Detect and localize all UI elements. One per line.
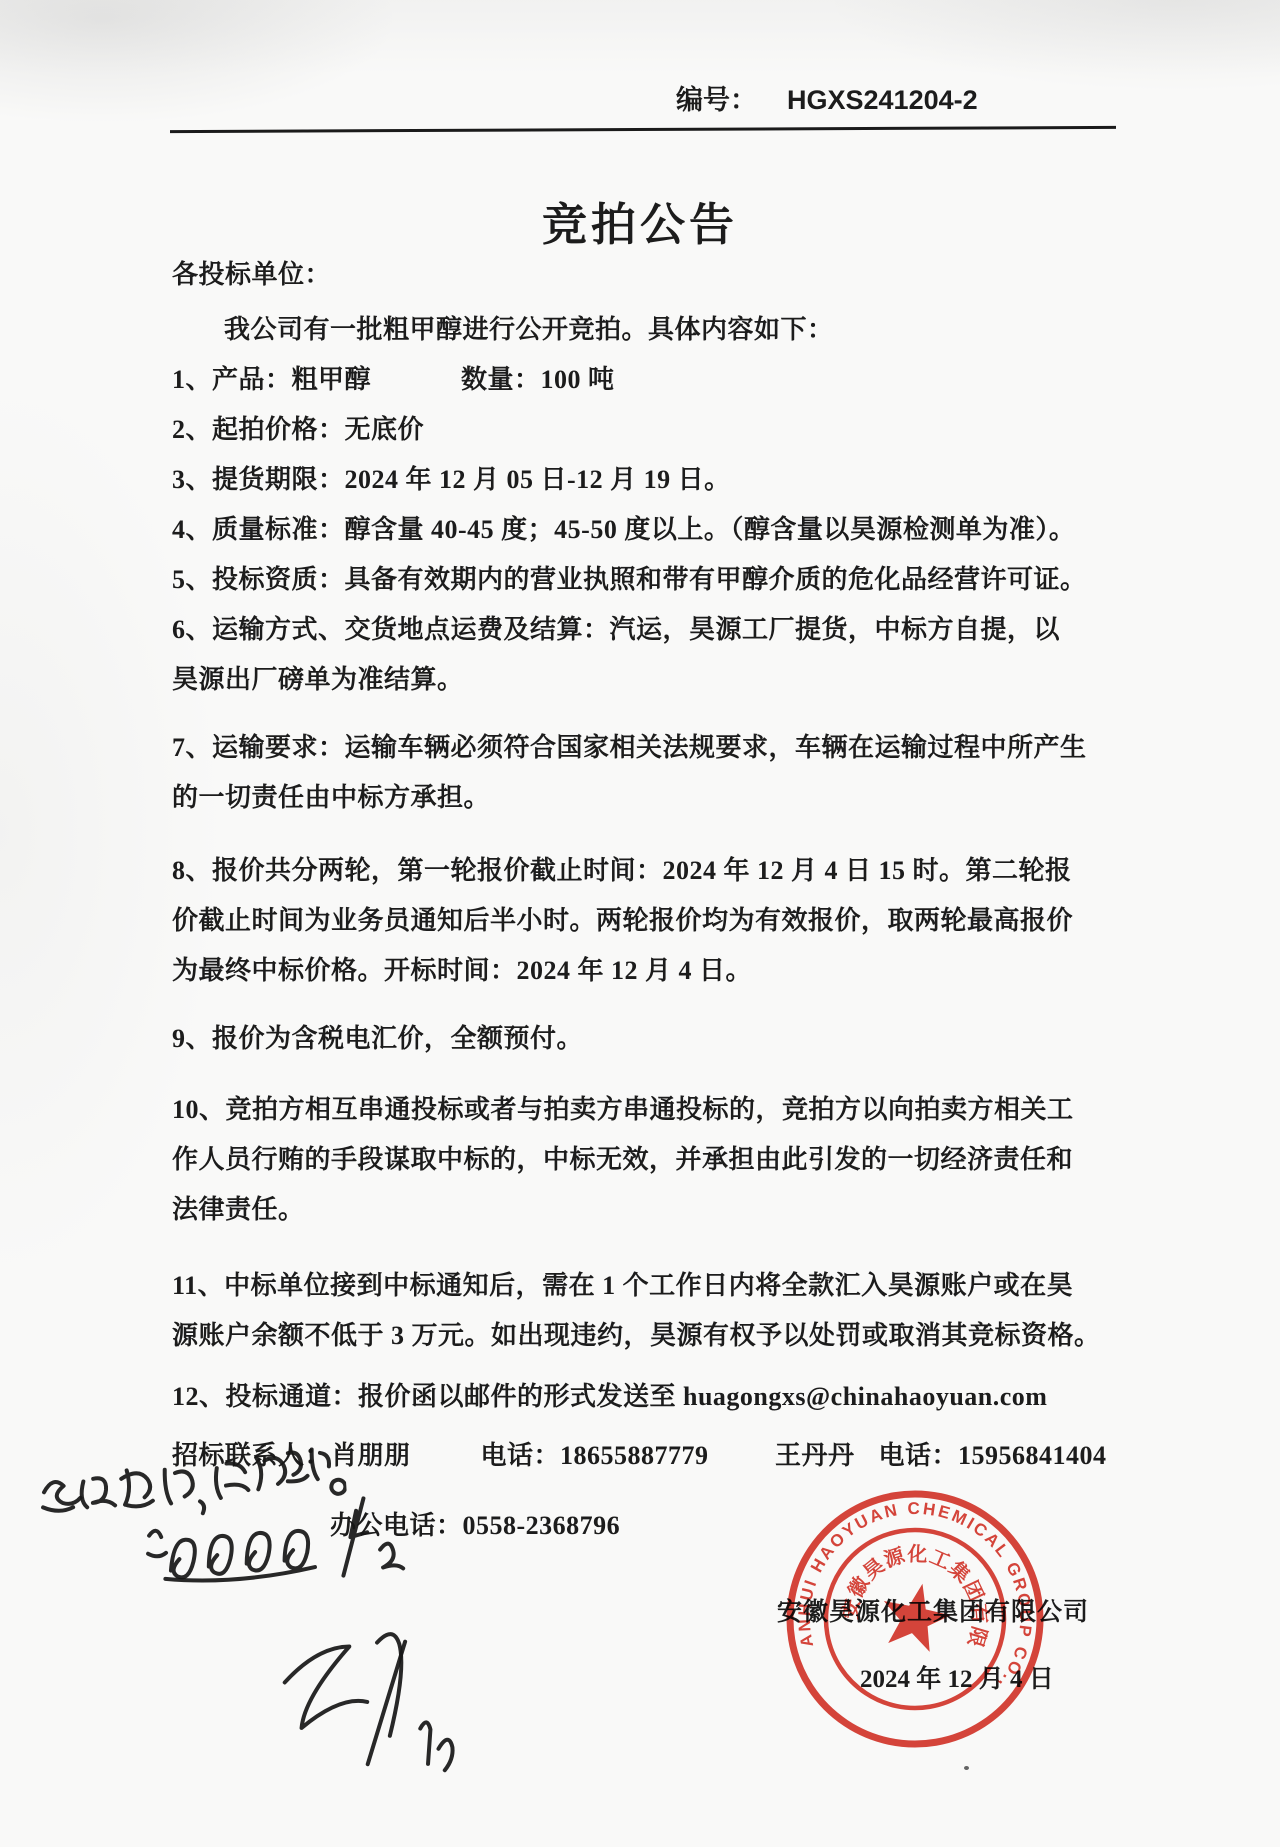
doc-number-label: 编号： bbox=[676, 78, 757, 117]
contact-phone-2: 15956841404 bbox=[958, 1441, 1107, 1470]
item-8-bidding-line1: 8、报价共分两轮，第一轮报价截止时间：2024 年 12 月 4 日 15 时。… bbox=[172, 846, 1120, 896]
item-1-left: 1、产品：粗甲醇 bbox=[172, 365, 371, 394]
item-10-collusion-line2: 作人员行贿的手段谋取中标的，中标无效，并承担由此引发的一切经济责任和 bbox=[172, 1135, 1120, 1185]
office-phone-value: 0558-2368796 bbox=[463, 1511, 621, 1540]
doc-number-value: HGXS241204-2 bbox=[787, 85, 978, 116]
svg-text:ANHUI HAOYUAN CHEMICAL GROUP C: ANHUI HAOYUAN CHEMICAL GROUP CO., LTD bbox=[775, 1479, 1055, 1704]
handwritten-approval-signature bbox=[143, 1486, 448, 1612]
item-11-deposit-line1: 11、中标单位接到中标通知后，需在 1 个工作日内将全款汇入昊源账户或在昊 bbox=[172, 1261, 1120, 1311]
handwritten-signature bbox=[252, 1602, 481, 1818]
stamp-star-icon bbox=[875, 1577, 955, 1655]
ink-dot bbox=[964, 1766, 969, 1770]
doc-number-row: 编号： HGXS241204-2 bbox=[676, 78, 978, 117]
item-1-quantity: 数量：100 吨 bbox=[461, 365, 615, 394]
item-10-collusion-line1: 10、竞拍方相互串通投标或者与拍卖方串通投标的，竞拍方以向拍卖方相关工 bbox=[172, 1085, 1120, 1135]
contact-name-2: 王丹丹 bbox=[775, 1441, 855, 1470]
item-8-bidding-line2: 价截止时间为业务员通知后半小时。两轮报价均为有效报价，取两轮最高报价 bbox=[172, 896, 1120, 946]
item-5-qualification: 5、投标资质：具备有效期内的营业执照和带有甲醇介质的危化品经营许可证。 bbox=[172, 555, 1120, 605]
intro-line: 我公司有一批粗甲醇进行公开竞拍。具体内容如下： bbox=[172, 305, 1120, 355]
item-6-transport-line2: 昊源出厂磅单为准结算。 bbox=[172, 655, 1120, 705]
item-7-requirement-line2: 的一切责任由中标方承担。 bbox=[172, 773, 1120, 823]
item-11-deposit-line2: 源账户余额不低于 3 万元。如出现违约，昊源有权予以处罚或取消其竞标资格。 bbox=[172, 1311, 1120, 1361]
scanned-document: 编号： HGXS241204-2 竞拍公告 各投标单位： 我公司有一批粗甲醇进行… bbox=[0, 0, 1280, 1847]
item-6-transport-line1: 6、运输方式、交货地点运费及结算：汽运，昊源工厂提货，中标方自提，以 bbox=[172, 605, 1120, 655]
page-title: 竞拍公告 bbox=[0, 188, 1280, 253]
document-body: 各投标单位： 我公司有一批粗甲醇进行公开竞拍。具体内容如下： 1、产品：粗甲醇数… bbox=[172, 250, 1120, 1551]
contact-phone-label-1: 电话： bbox=[481, 1441, 561, 1470]
item-8-bidding-line3: 为最终中标价格。开标时间：2024 年 12 月 4 日。 bbox=[172, 946, 1120, 996]
stamp-ring-text: ANHUI HAOYUAN CHEMICAL GROUP CO., LTD bbox=[775, 1479, 1055, 1704]
header-rule bbox=[170, 126, 1116, 133]
salutation: 各投标单位： bbox=[172, 250, 1120, 300]
item-9-payment: 9、报价为含税电汇价，全额预付。 bbox=[172, 1014, 1120, 1064]
item-4-quality: 4、质量标准：醇含量 40-45 度；45-50 度以上。（醇含量以昊源检测单为… bbox=[172, 505, 1120, 555]
company-seal-stamp: ANHUI HAOYUAN CHEMICAL GROUP CO., LTD 安徽… bbox=[775, 1479, 1055, 1759]
contact-phone-1: 18655887779 bbox=[560, 1441, 709, 1470]
item-3-pickup-period: 3、提货期限：2024 年 12 月 05 日-12 月 19 日。 bbox=[172, 455, 1120, 505]
item-2-start-price: 2、起拍价格：无底价 bbox=[172, 405, 1120, 455]
contact-group-2: 王丹丹电话：15956841404 bbox=[775, 1431, 1107, 1481]
item-1-product: 1、产品：粗甲醇数量：100 吨 bbox=[172, 355, 1120, 405]
item-12-channel-email: 12、投标通道：报价函以邮件的形式发送至 huagongxs@chinahaoy… bbox=[172, 1372, 1120, 1422]
item-7-requirement-line1: 7、运输要求：运输车辆必须符合国家相关法规要求，车辆在运输过程中所产生 bbox=[172, 723, 1120, 773]
contact-phone-label-2: 电话： bbox=[879, 1441, 959, 1470]
item-10-collusion-line3: 法律责任。 bbox=[172, 1185, 1120, 1235]
